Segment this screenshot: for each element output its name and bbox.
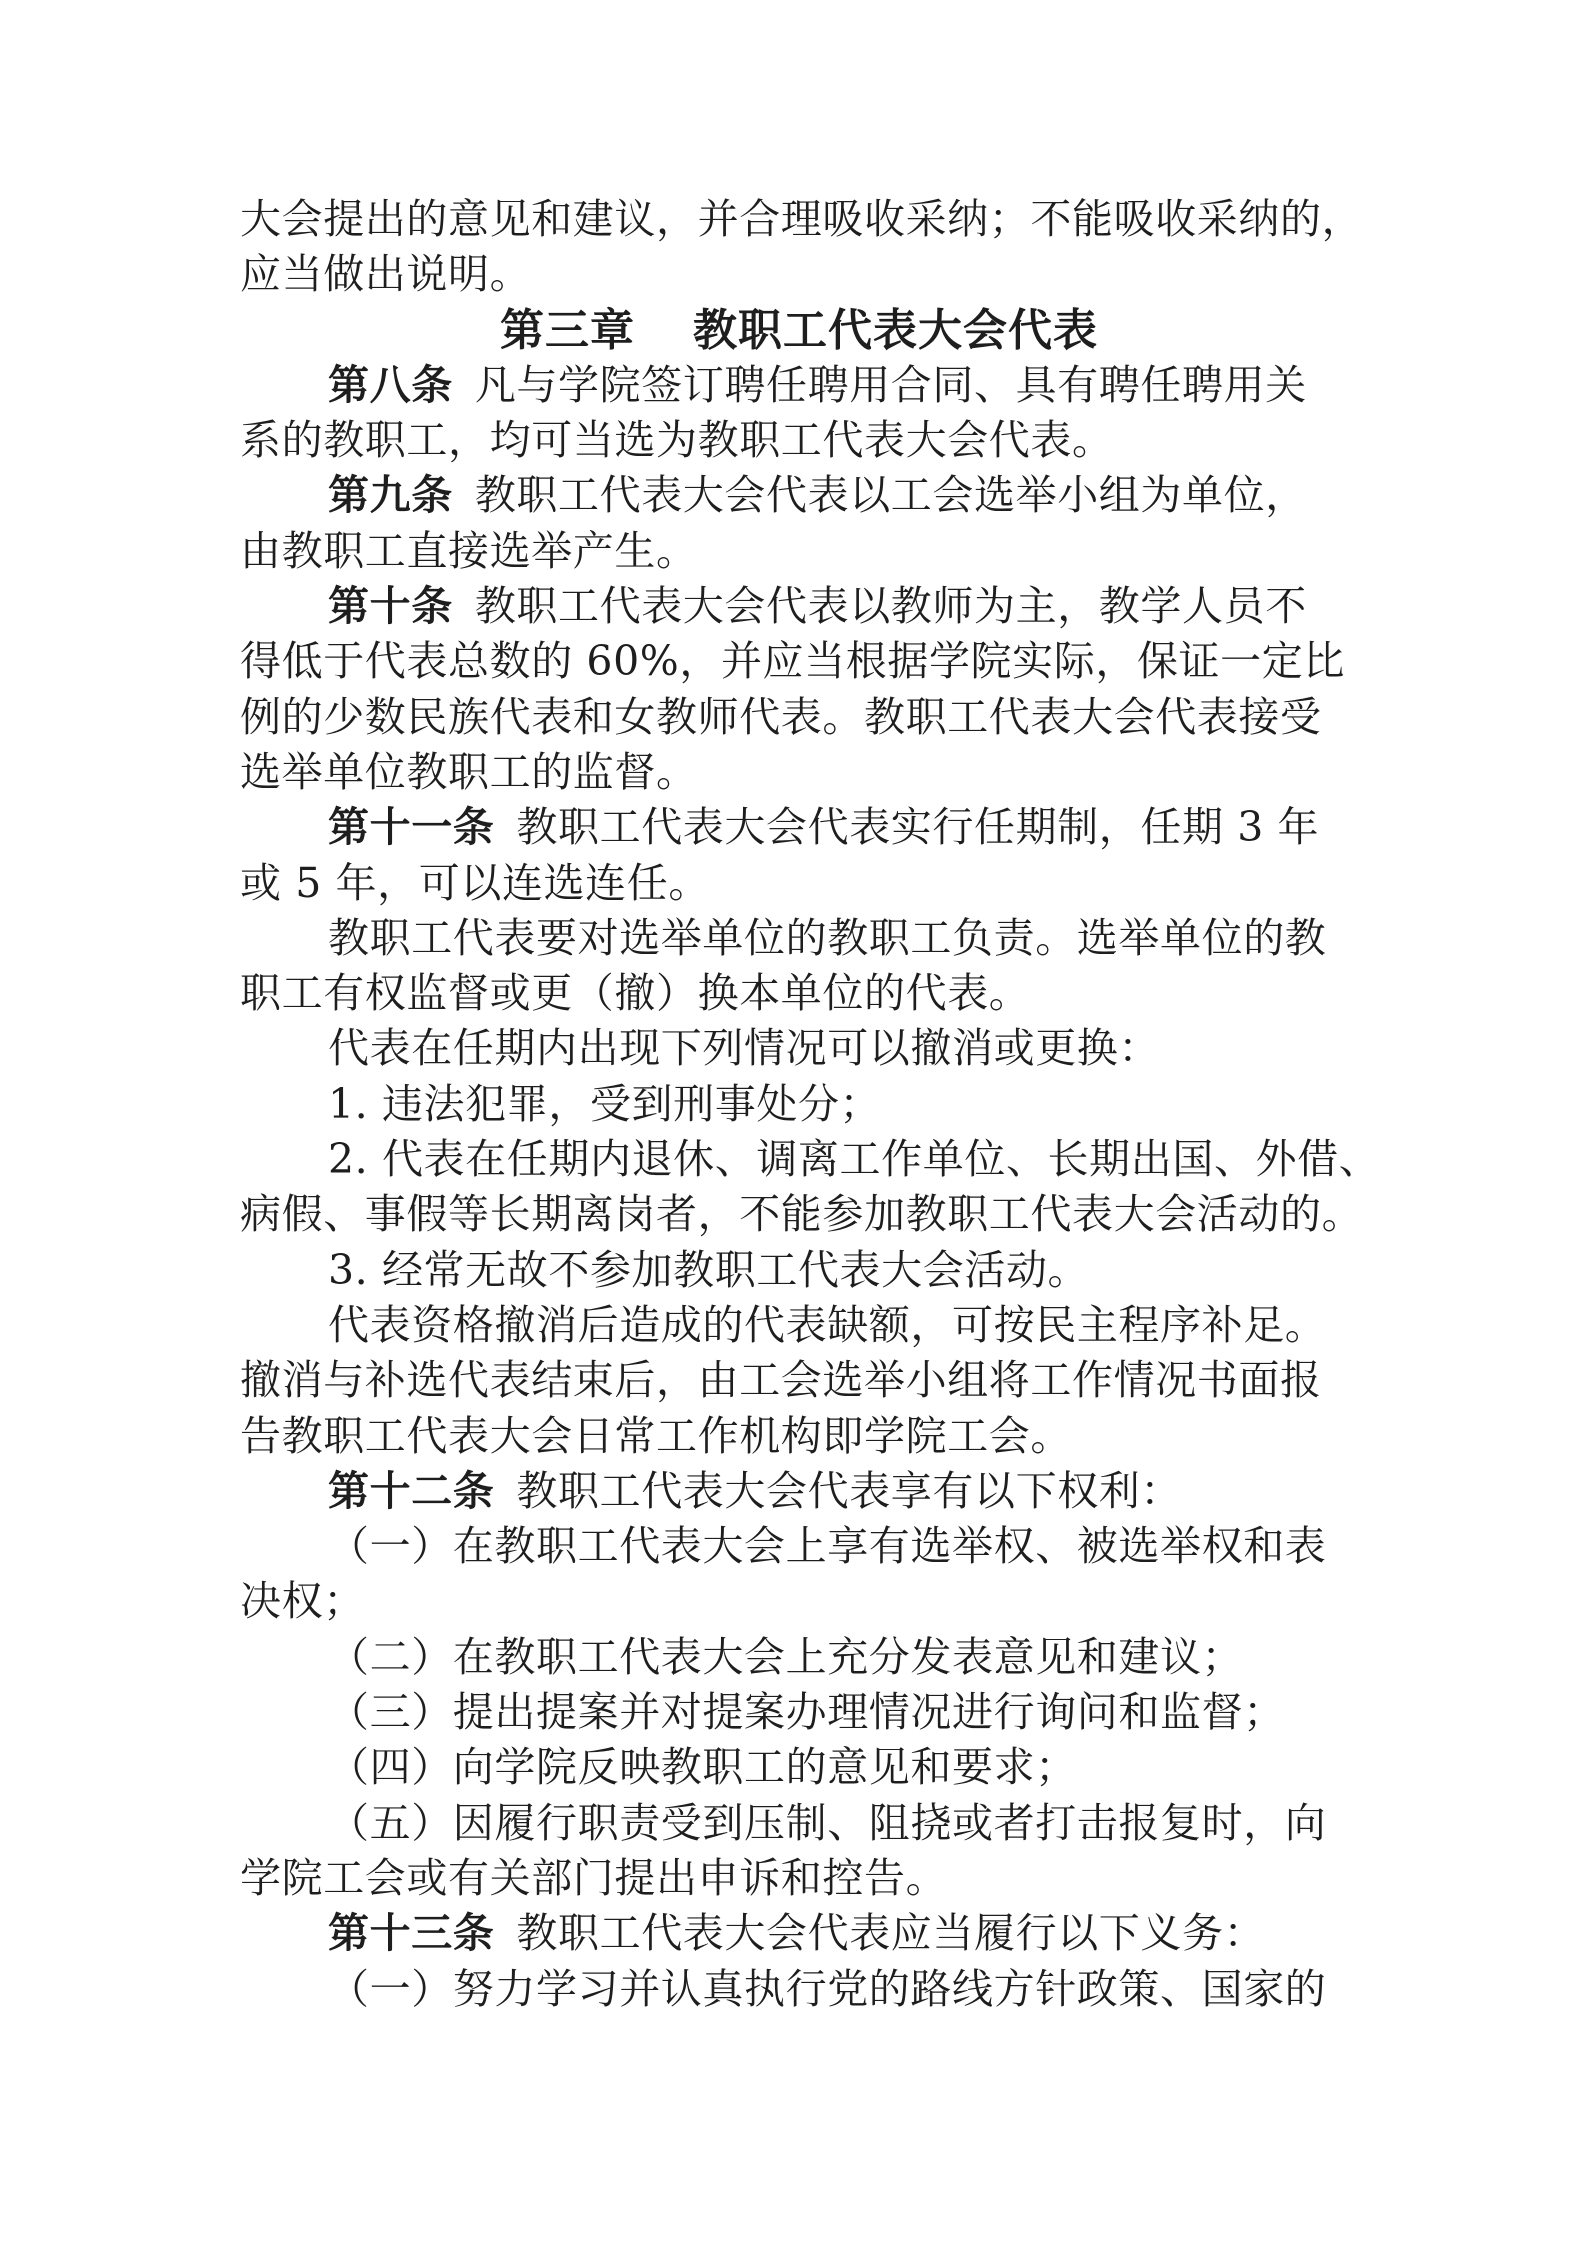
text-segment: 教职工代表大会代表实行任期制，任期 3 年: [516, 803, 1319, 851]
text-line: 例的少数民族代表和女教师代表。教职工代表大会代表接受: [240, 690, 1358, 745]
text-segment: 教职工代表大会代表以工会选举小组为单位，: [475, 471, 1307, 519]
text-line: 大会提出的意见和建议，并合理吸收采纳；不能吸收采纳的，: [240, 192, 1358, 247]
text-line: 得低于代表总数的 60%，并应当根据学院实际，保证一定比: [240, 634, 1358, 689]
text-segment: 例的少数民族代表和女教师代表。教职工代表大会代表接受: [240, 693, 1322, 741]
text-line: 第十二条教职工代表大会代表享有以下权利：: [240, 1464, 1358, 1519]
text-line: （五）因履行职责受到压制、阻挠或者打击报复时，向: [240, 1796, 1358, 1851]
text-line: 职工有权监督或更（撤）换本单位的代表。: [240, 966, 1358, 1021]
text-line: 第八条凡与学院签订聘任聘用合同、具有聘任聘用关: [240, 358, 1358, 413]
text-segment: 1. 违法犯罪，受到刑事处分；: [328, 1080, 881, 1128]
text-line: 代表资格撤消后造成的代表缺额，可按民主程序补足。: [240, 1298, 1358, 1353]
text-segment: 或 5 年，可以连选连任。: [240, 859, 710, 907]
article-number: 第九条: [328, 471, 453, 519]
text-segment: 得低于代表总数的 60%，并应当根据学院实际，保证一定比: [240, 637, 1345, 685]
text-line: 2. 代表在任期内退休、调离工作单位、长期出国、外借、: [240, 1132, 1358, 1187]
text-segment: 凡与学院签订聘任聘用合同、具有聘任聘用关: [475, 361, 1307, 409]
text-line: 教职工代表要对选举单位的教职工负责。选举单位的教: [240, 911, 1358, 966]
text-segment: 2. 代表在任期内退休、调离工作单位、长期出国、外借、: [328, 1135, 1380, 1183]
text-line: （四）向学院反映教职工的意见和要求；: [240, 1740, 1358, 1795]
text-line: 选举单位教职工的监督。: [240, 745, 1358, 800]
text-segment: 教职工代表大会代表应当履行以下义务：: [516, 1909, 1265, 1957]
text-line: 系的教职工，均可当选为教职工代表大会代表。: [240, 413, 1358, 468]
text-segment: 系的教职工，均可当选为教职工代表大会代表。: [240, 416, 1114, 464]
text-segment: （一）努力学习并认真执行党的路线方针政策、国家的: [328, 1965, 1326, 2013]
text-line: 第九条教职工代表大会代表以工会选举小组为单位，: [240, 468, 1358, 523]
document-text-block: 大会提出的意见和建议，并合理吸收采纳；不能吸收采纳的，应当做出说明。第三章教职工…: [240, 192, 1358, 2017]
chapter-heading: 第三章教职工代表大会代表: [240, 303, 1358, 358]
text-segment: 决权；: [240, 1577, 365, 1625]
text-line: 3. 经常无故不参加教职工代表大会活动。: [240, 1243, 1358, 1298]
article-number: 第十条: [328, 582, 453, 630]
text-segment: 撤消与补选代表结束后，由工会选举小组将工作情况书面报: [240, 1356, 1322, 1404]
text-segment: 教职工代表大会代表享有以下权利：: [516, 1467, 1182, 1515]
article-number: 第十三条: [328, 1909, 494, 1957]
text-segment: 大会提出的意见和建议，并合理吸收采纳；不能吸收采纳的，: [240, 195, 1363, 243]
text-segment: （一）在教职工代表大会上享有选举权、被选举权和表: [328, 1522, 1326, 1570]
text-line: 病假、事假等长期离岗者，不能参加教职工代表大会活动的。: [240, 1187, 1358, 1242]
text-line: （三）提出提案并对提案办理情况进行询问和监督；: [240, 1685, 1358, 1740]
text-segment: （五）因履行职责受到压制、阻挠或者打击报复时，向: [328, 1799, 1326, 1847]
text-line: （二）在教职工代表大会上充分发表意见和建议；: [240, 1630, 1358, 1685]
text-segment: 告教职工代表大会日常工作机构即学院工会。: [240, 1412, 1072, 1460]
text-segment: 代表资格撤消后造成的代表缺额，可按民主程序补足。: [328, 1301, 1326, 1349]
text-segment: 教职工代表要对选举单位的教职工负责。选举单位的教: [328, 914, 1326, 962]
text-line: （一）在教职工代表大会上享有选举权、被选举权和表: [240, 1519, 1358, 1574]
text-line: （一）努力学习并认真执行党的路线方针政策、国家的: [240, 1962, 1358, 2017]
text-segment: 选举单位教职工的监督。: [240, 748, 698, 796]
text-line: 应当做出说明。: [240, 247, 1358, 302]
text-segment: 职工有权监督或更（撤）换本单位的代表。: [240, 969, 1030, 1017]
text-line: 第十三条教职工代表大会代表应当履行以下义务：: [240, 1906, 1358, 1961]
text-segment: （二）在教职工代表大会上充分发表意见和建议；: [328, 1633, 1243, 1681]
text-line: 决权；: [240, 1574, 1358, 1629]
text-segment: 3. 经常无故不参加教职工代表大会活动。: [328, 1246, 1089, 1294]
text-segment: 学院工会或有关部门提出申诉和控告。: [240, 1854, 947, 1902]
text-line: 1. 违法犯罪，受到刑事处分；: [240, 1077, 1358, 1132]
text-segment: 代表在任期内出现下列情况可以撤消或更换：: [328, 1024, 1160, 1072]
chapter-number: 第三章: [500, 305, 635, 356]
text-line: 代表在任期内出现下列情况可以撤消或更换：: [240, 1021, 1358, 1076]
text-line: 或 5 年，可以连选连任。: [240, 856, 1358, 911]
text-segment: 由教职工直接选举产生。: [240, 527, 698, 575]
article-number: 第十一条: [328, 803, 494, 851]
text-line: 学院工会或有关部门提出申诉和控告。: [240, 1851, 1358, 1906]
article-number: 第十二条: [328, 1467, 494, 1515]
text-line: 由教职工直接选举产生。: [240, 524, 1358, 579]
text-line: 撤消与补选代表结束后，由工会选举小组将工作情况书面报: [240, 1353, 1358, 1408]
text-segment: 教职工代表大会代表以教师为主，教学人员不: [475, 582, 1307, 630]
document-page: 大会提出的意见和建议，并合理吸收采纳；不能吸收采纳的，应当做出说明。第三章教职工…: [0, 0, 1587, 2245]
text-line: 第十条教职工代表大会代表以教师为主，教学人员不: [240, 579, 1358, 634]
text-segment: 病假、事假等长期离岗者，不能参加教职工代表大会活动的。: [240, 1190, 1363, 1238]
article-number: 第八条: [328, 361, 453, 409]
text-line: 告教职工代表大会日常工作机构即学院工会。: [240, 1409, 1358, 1464]
chapter-number: 教职工代表大会代表: [693, 305, 1098, 356]
text-segment: （三）提出提案并对提案办理情况进行询问和监督；: [328, 1688, 1285, 1736]
text-segment: 应当做出说明。: [240, 250, 531, 298]
text-line: 第十一条教职工代表大会代表实行任期制，任期 3 年: [240, 800, 1358, 855]
text-segment: （四）向学院反映教职工的意见和要求；: [328, 1743, 1077, 1791]
